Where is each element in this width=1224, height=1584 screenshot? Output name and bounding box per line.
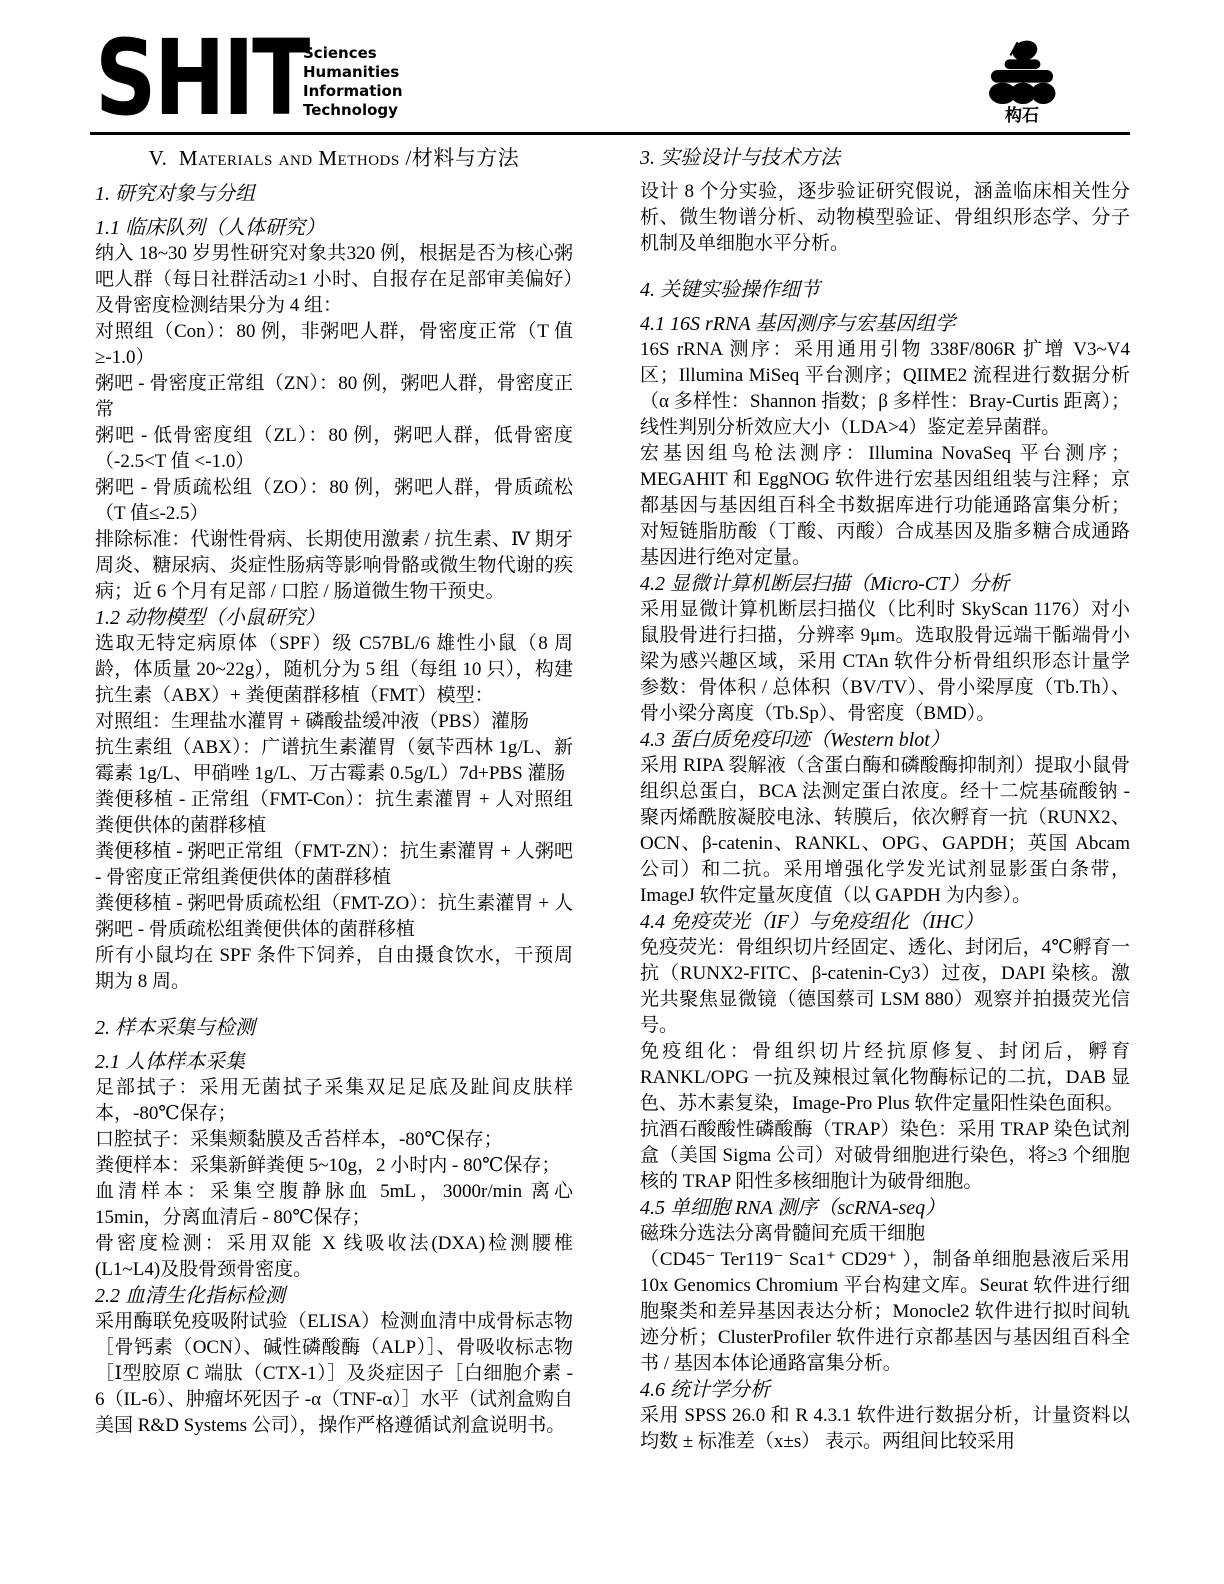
paragraph: 采用显微计算机断层扫描仪（比利时 SkyScan 1176）对小鼠股骨进行扫描，… bbox=[640, 597, 1130, 727]
paragraph: 粪便移植 - 粥吧正常组（FMT-ZN）：抗生素灌胃 + 人粥吧 - 骨密度正常… bbox=[95, 839, 573, 891]
paragraph: 抗酒石酸酸性磷酸酶（TRAP）染色：采用 TRAP 染色试剂盒（美国 Sigma… bbox=[640, 1117, 1130, 1195]
paragraph: 粥吧 - 低骨密度组（ZL）：80 例，粥吧人群，低骨密度（-2.5<T 值 <… bbox=[95, 423, 573, 475]
paragraph: 血清样本：采集空腹静脉血 5mL，3000r/min 离心 15min，分离血清… bbox=[95, 1179, 573, 1231]
header-rule bbox=[90, 132, 1130, 135]
paragraph: 免疫组化：骨组织切片经抗原修复、封闭后，孵育 RANKL/OPG 一抗及辣根过氧… bbox=[640, 1039, 1130, 1117]
journal-logo-text: SHIT bbox=[95, 26, 308, 130]
paragraph: 足部拭子：采用无菌拭子采集双足足底及趾间皮肤样本，-80℃保存； bbox=[95, 1075, 573, 1127]
left-column-blocks: 1. 研究对象与分组1.1 临床队列（人体研究）纳入 18~30 岁男性研究对象… bbox=[95, 181, 573, 1439]
subsection-heading: 4.2 显微计算机断层扫描（Micro-CT）分析 bbox=[640, 571, 1130, 597]
paragraph: 设计 8 个分实验，逐步验证研究假说，涵盖临床相关性分析、微生物谱分析、动物模型… bbox=[640, 179, 1130, 257]
publisher-name: 构石 bbox=[982, 106, 1062, 126]
section-heading: 1. 研究对象与分组 bbox=[95, 181, 573, 207]
paragraph: 纳入 18~30 岁男性研究对象共320 例，根据是否为核心粥吧人群（每日社群活… bbox=[95, 241, 573, 319]
paragraph: 对照组：生理盐水灌胃 + 磷酸盐缓冲液（PBS）灌肠 bbox=[95, 709, 573, 735]
section-heading: 3. 实验设计与技术方法 bbox=[640, 145, 1130, 171]
journal-logo-subtitle: Sciences Humanities Information Technolo… bbox=[303, 44, 403, 120]
paragraph: （CD45⁻ Ter119⁻ Sca1⁺ CD29⁺ ），制备单细胞悬液后采用 … bbox=[640, 1247, 1130, 1377]
paragraph: 对照组（Con）：80 例，非粥吧人群，骨密度正常（T 值≥-1.0） bbox=[95, 319, 573, 371]
left-column: V. Materials and Methods /材料与方法 1. 研究对象与… bbox=[95, 145, 573, 1439]
paragraph: 粥吧 - 骨质疏松组（ZO）：80 例，粥吧人群，骨质疏松（T 值≤-2.5） bbox=[95, 475, 573, 527]
paper-page: SHIT Sciences Humanities Information Tec… bbox=[0, 0, 1224, 1584]
subtitle-line: Information bbox=[303, 82, 403, 101]
right-column: 3. 实验设计与技术方法设计 8 个分实验，逐步验证研究假说，涵盖临床相关性分析… bbox=[640, 145, 1130, 1455]
paragraph: 粪便样本：采集新鲜粪便 5~10g，2 小时内 - 80℃保存； bbox=[95, 1153, 573, 1179]
subtitle-line: Humanities bbox=[303, 63, 403, 82]
paragraph: 宏基因组鸟枪法测序：Illumina NovaSeq 平台测序；MEGAHIT … bbox=[640, 441, 1130, 571]
paragraph: 磁珠分选法分离骨髓间充质干细胞 bbox=[640, 1221, 1130, 1247]
paragraph: 粥吧 - 骨密度正常组（ZN）：80 例，粥吧人群，骨密度正常 bbox=[95, 371, 573, 423]
paragraph: 口腔拭子：采集颊黏膜及舌苔样本，-80℃保存； bbox=[95, 1127, 573, 1153]
subsection-heading: 1.1 临床队列（人体研究） bbox=[95, 215, 573, 241]
subsection-heading: 4.6 统计学分析 bbox=[640, 1377, 1130, 1403]
subsection-heading: 4.3 蛋白质免疫印迹（Western blot） bbox=[640, 727, 1130, 753]
paragraph: 排除标准：代谢性骨病、长期使用激素 / 抗生素、Ⅳ 期牙周炎、糖尿病、炎症性肠病… bbox=[95, 527, 573, 605]
subsection-heading: 2.1 人体样本采集 bbox=[95, 1049, 573, 1075]
subsection-heading: 1.2 动物模型（小鼠研究） bbox=[95, 605, 573, 631]
paragraph: 16S rRNA 测序：采用通用引物 338F/806R 扩增 V3~V4 区；… bbox=[640, 337, 1130, 441]
paragraph: 采用 RIPA 裂解液（含蛋白酶和磷酸酶抑制剂）提取小鼠骨组织总蛋白，BCA 法… bbox=[640, 753, 1130, 909]
paragraph: 选取无特定病原体（SPF）级 C57BL/6 雄性小鼠（8 周龄，体质量 20~… bbox=[95, 631, 573, 709]
publisher-logo: 构石 bbox=[982, 40, 1062, 126]
two-column-body: V. Materials and Methods /材料与方法 1. 研究对象与… bbox=[95, 145, 1130, 1545]
subtitle-line: Sciences bbox=[303, 44, 403, 63]
subsection-heading: 4.4 免疫荧光（IF）与免疫组化（IHC） bbox=[640, 909, 1130, 935]
paragraph: 粪便移植 - 粥吧骨质疏松组（FMT-ZO）：抗生素灌胃 + 人粥吧 - 骨质疏… bbox=[95, 891, 573, 943]
section-heading: 2. 样本采集与检测 bbox=[95, 1015, 573, 1041]
paragraph: 抗生素组（ABX）：广谱抗生素灌胃（氨苄西林 1g/L、新霉素 1g/L、甲硝唑… bbox=[95, 735, 573, 787]
section-heading: 4. 关键实验操作细节 bbox=[640, 277, 1130, 303]
paragraph: 骨密度检测：采用双能 X 线吸收法(DXA)检测腰椎(L1~L4)及股骨颈骨密度… bbox=[95, 1231, 573, 1283]
paragraph: 所有小鼠均在 SPF 条件下饲养，自由摄食饮水，干预周期为 8 周。 bbox=[95, 943, 573, 995]
subsection-heading: 2.2 血清生化指标检测 bbox=[95, 1283, 573, 1309]
right-column-blocks: 3. 实验设计与技术方法设计 8 个分实验，逐步验证研究假说，涵盖临床相关性分析… bbox=[640, 145, 1130, 1455]
paragraph: 采用 SPSS 26.0 和 R 4.3.1 软件进行数据分析，计量资料以均数 … bbox=[640, 1403, 1130, 1455]
subsection-heading: 4.5 单细胞 RNA 测序（scRNA-seq） bbox=[640, 1195, 1130, 1221]
subtitle-line: Technology bbox=[303, 101, 403, 120]
subsection-heading: 4.1 16S rRNA 基因测序与宏基因组学 bbox=[640, 311, 1130, 337]
paragraph: 免疫荧光：骨组织切片经固定、透化、封闭后，4℃孵育一抗（RUNX2-FITC、β… bbox=[640, 935, 1130, 1039]
section-title: V. Materials and Methods /材料与方法 bbox=[95, 145, 573, 171]
stone-stack-icon bbox=[982, 40, 1062, 104]
paragraph: 采用酶联免疫吸附试验（ELISA）检测血清中成骨标志物［骨钙素（OCN）、碱性磷… bbox=[95, 1309, 573, 1439]
paragraph: 粪便移植 - 正常组（FMT-Con）：抗生素灌胃 + 人对照组粪便供体的菌群移… bbox=[95, 787, 573, 839]
